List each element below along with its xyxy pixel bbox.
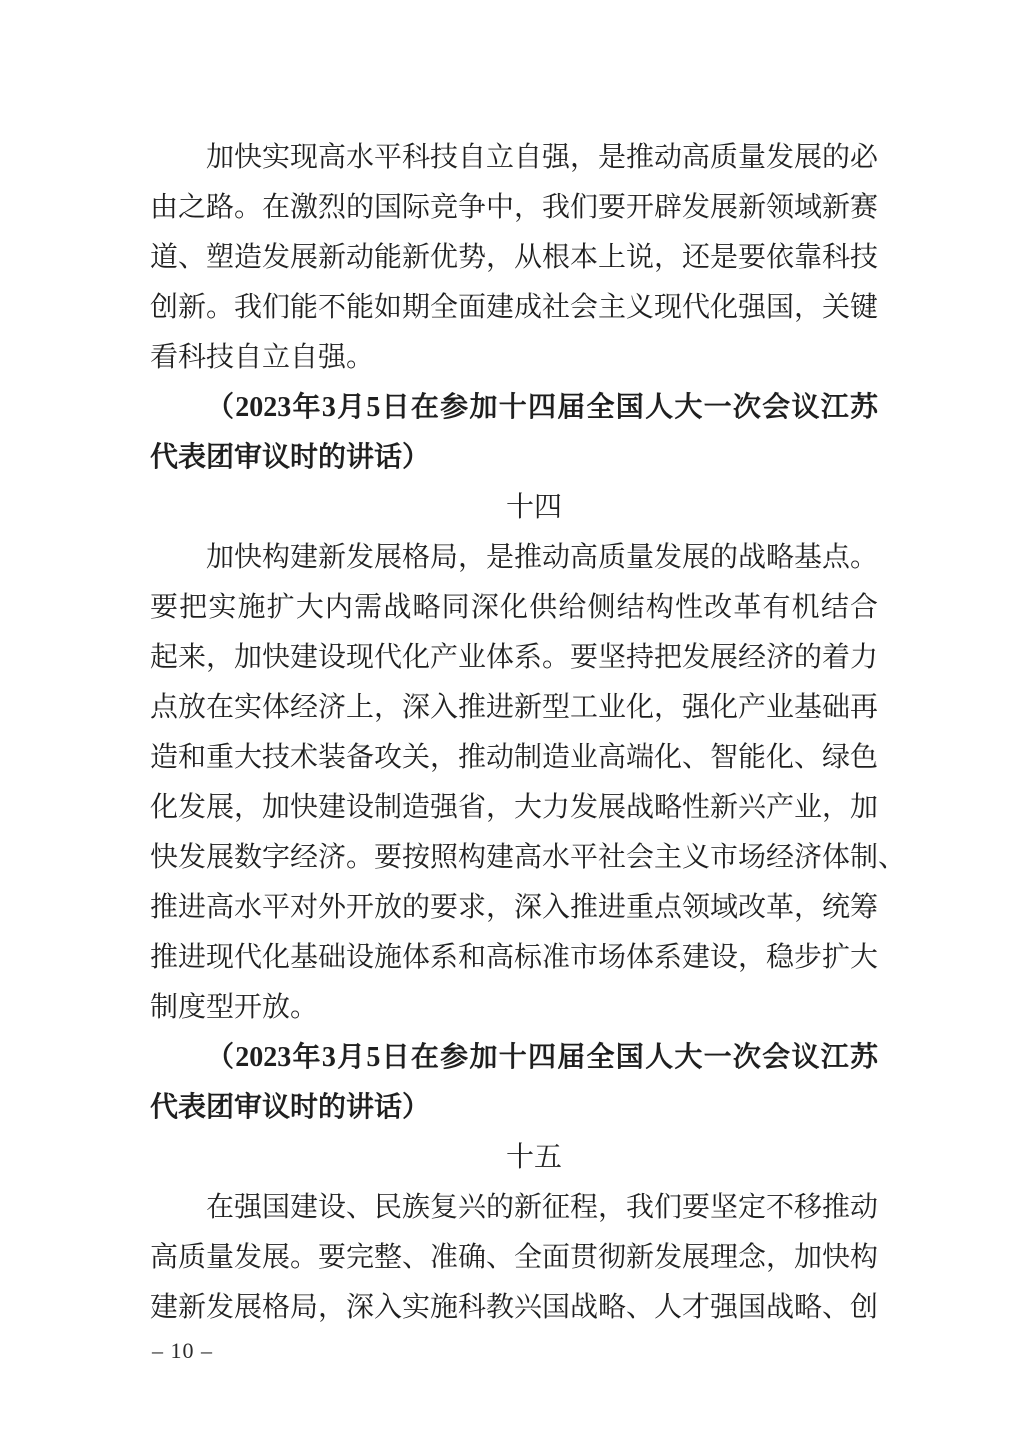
- document-page: 加快实现高水平科技自立自强，是推动高质量发展的必 由之路。在激烈的国际竞争中，我…: [0, 0, 1024, 1448]
- text-line: 建新发展格局，深入实施科教兴国战略、人才强国战略、创: [150, 1283, 878, 1333]
- page-number: – 10 –: [152, 1338, 213, 1364]
- text-line: 造和重大技术装备攻关，推动制造业高端化、智能化、绿色: [150, 733, 878, 783]
- attribution-line: （2023年3月5日在参加十四届全国人大一次会议江苏: [150, 1033, 878, 1083]
- text-line: 加快实现高水平科技自立自强，是推动高质量发展的必: [150, 133, 878, 183]
- text-line: 推进现代化基础设施体系和高标准市场体系建设，稳步扩大: [150, 933, 878, 983]
- text-line: 点放在实体经济上，深入推进新型工业化，强化产业基础再: [150, 683, 878, 733]
- text-line: 在强国建设、民族复兴的新征程，我们要坚定不移推动: [150, 1183, 878, 1233]
- text-line: 创新。我们能不能如期全面建成社会主义现代化强国，关键: [150, 283, 878, 333]
- text-line: 道、塑造发展新动能新优势，从根本上说，还是要依靠科技: [150, 233, 878, 283]
- text-line: 高质量发展。要完整、准确、全面贯彻新发展理念，加快构: [150, 1233, 878, 1283]
- text-line: 快发展数字经济。要按照构建高水平社会主义市场经济体制、: [150, 833, 878, 883]
- section-heading-14: 十四: [150, 483, 878, 533]
- text-line: 推进高水平对外开放的要求，深入推进重点领域改革，统筹: [150, 883, 878, 933]
- attribution-line: 代表团审议时的讲话）: [150, 433, 878, 483]
- text-line: 制度型开放。: [150, 983, 878, 1033]
- text-line: 看科技自立自强。: [150, 333, 878, 383]
- text-line: 起来，加快建设现代化产业体系。要坚持把发展经济的着力: [150, 633, 878, 683]
- attribution-line: （2023年3月5日在参加十四届全国人大一次会议江苏: [150, 383, 878, 433]
- section-heading-15: 十五: [150, 1133, 878, 1183]
- document-text-block: 加快实现高水平科技自立自强，是推动高质量发展的必 由之路。在激烈的国际竞争中，我…: [150, 133, 878, 1333]
- text-line: 加快构建新发展格局，是推动高质量发展的战略基点。: [150, 533, 878, 583]
- text-line: 要把实施扩大内需战略同深化供给侧结构性改革有机结合: [150, 583, 878, 633]
- attribution-line: 代表团审议时的讲话）: [150, 1083, 878, 1133]
- text-line: 由之路。在激烈的国际竞争中，我们要开辟发展新领域新赛: [150, 183, 878, 233]
- text-line: 化发展，加快建设制造强省，大力发展战略性新兴产业，加: [150, 783, 878, 833]
